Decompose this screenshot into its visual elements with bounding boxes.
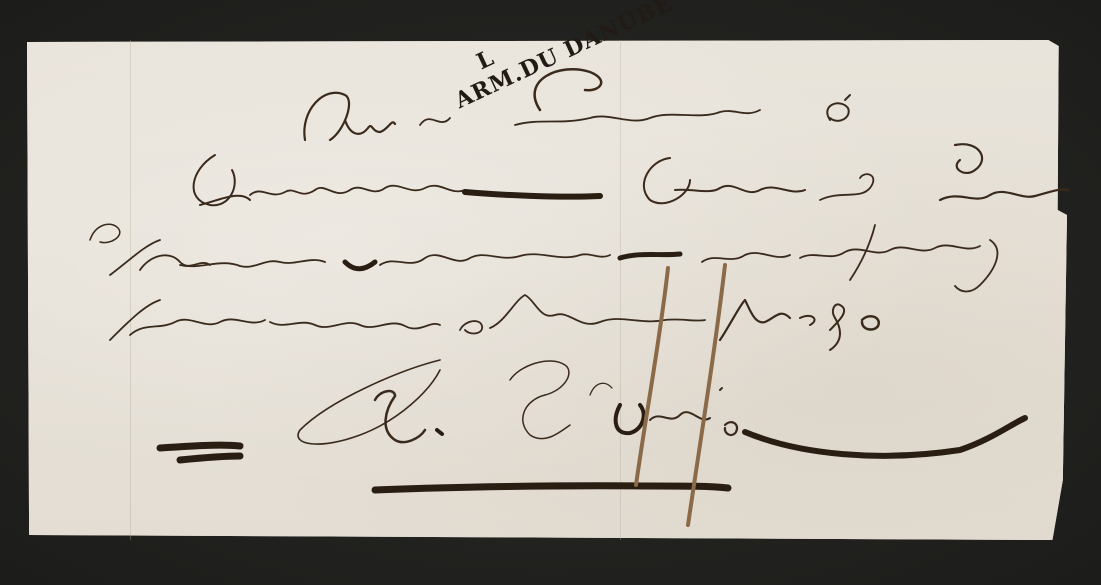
address-line-2-ink	[90, 144, 1068, 242]
address-line-2: Régisseur Généraux des	[190, 160, 535, 193]
address-line-5-ink	[160, 360, 1025, 460]
bottom-flourish	[375, 486, 728, 490]
address-line-3: Hôpitaux militaires rue Faubourg	[110, 235, 586, 268]
handwriting-ink	[0, 0, 1101, 585]
rate-marking: 11	[640, 350, 691, 396]
address-line-4: honoré maison Maroc No 50	[110, 300, 515, 333]
address-line-1: Au Citoyen	[300, 95, 456, 128]
address-line-5: à Paris	[340, 385, 464, 426]
